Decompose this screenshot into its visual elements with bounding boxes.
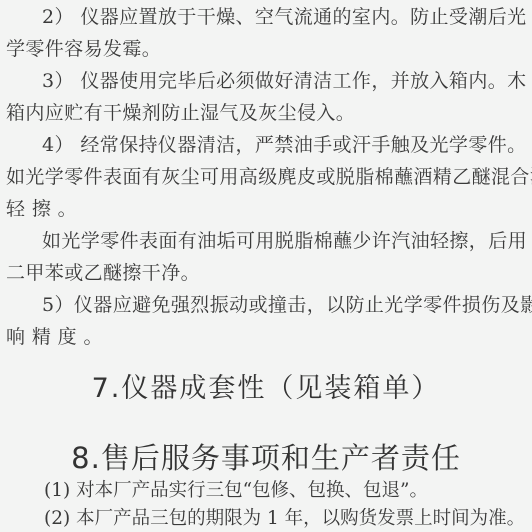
paragraph-line: 响 精 度 。	[6, 324, 103, 350]
service-item: (2) 本厂产品三包的期限为 1 年，以购货发票上时间为准。	[44, 506, 525, 532]
paragraph-line: 如光学零件表面有灰尘可用高级麂皮或脱脂棉蘸酒精乙醚混合液	[6, 164, 532, 190]
service-item: (1) 对本厂产品实行三包“包修、包换、包退”。	[44, 478, 428, 504]
paragraph-line: 2） 仪器应置放于干燥、空气流通的室内。防止受潮后光	[42, 4, 527, 30]
paragraph-line: 学零件容易发霉。	[6, 36, 161, 62]
paragraph-line: 箱内应贮有干燥剂防止湿气及灰尘侵入。	[6, 100, 355, 126]
section-8-heading: 8.售后服务事项和生产者责任	[0, 436, 532, 477]
section-7-heading: 7.仪器成套性（见装箱单）	[0, 366, 532, 405]
paragraph-line: 4） 经常保持仪器清洁，严禁油手或汗手触及光学零件。	[42, 132, 527, 158]
paragraph-line: 轻 擦 。	[6, 196, 77, 222]
document-page: 2） 仪器应置放于干燥、空气流通的室内。防止受潮后光 学零件容易发霉。 3） 仪…	[0, 0, 532, 532]
paragraph-line: 如光学零件表面有油垢可用脱脂棉蘸少许汽油轻擦，后用	[42, 228, 527, 254]
paragraph-line: 二甲苯或乙醚擦干净。	[6, 260, 200, 286]
paragraph-line: 3） 仪器使用完毕后必须做好清洁工作，并放入箱内。木	[42, 68, 527, 94]
paragraph-line: 5）仪器应避免强烈振动或撞击，以防止光学零件损伤及影	[42, 292, 532, 318]
